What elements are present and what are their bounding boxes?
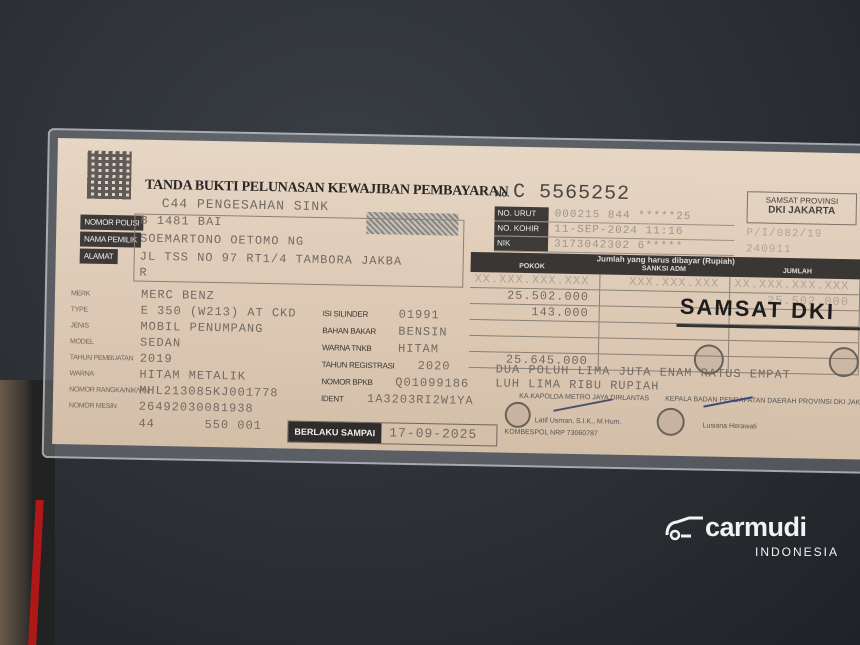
merk-value: MERC BENZ <box>141 288 215 303</box>
validity-label: BERLAKU SAMPAI <box>288 421 381 443</box>
nomor-polisi-value: B 1481 BAI <box>140 214 222 230</box>
warna-tnkb-value: HITAM <box>398 342 439 357</box>
reference-table: NO. URUT 000215 844 *****25 NO. KOHIR 11… <box>494 206 735 256</box>
tax-receipt-document: TANDA BUKTI PELUNASAN KEWAJIBAN PEMBAYAR… <box>52 138 860 460</box>
validity-date: 17-09-2025 <box>381 423 485 445</box>
side-code-2: 240911 <box>746 243 792 256</box>
isi-silinder-value: 01991 <box>399 308 440 323</box>
label-ident: IDENT <box>321 394 344 403</box>
sig2-title: KEPALA BADAN PENDAPATAN DAERAH PROVINSI … <box>665 396 860 407</box>
label-type: TYPE <box>71 306 88 313</box>
nik-value: 3173042302 6***** <box>548 237 683 254</box>
amount-in-words: DUA POLUH LIMA JUTA ENAM RATUS EMPAT LUH… <box>495 362 791 396</box>
label-nomor-rangka: NOMOR RANGKA/NIK/VIN <box>69 386 149 395</box>
col-pokok: POKOK <box>519 263 545 270</box>
label-model: MODEL <box>70 338 94 345</box>
serial-number: C 5565252 <box>513 181 630 206</box>
carmudi-watermark: carmudi INDONESIA <box>665 512 839 559</box>
side-code-1: P/I/082/19 <box>746 227 822 240</box>
type-value: E 350 (W213) AT CKD <box>141 304 297 321</box>
extra-code: 44 <box>138 417 155 431</box>
label-nomor-mesin: NOMOR MESIN <box>69 402 117 410</box>
authority-box: SAMSAT PROVINSI DKI JAKARTA <box>746 191 857 225</box>
tahun-pembuatan-value: 2019 <box>140 352 173 367</box>
sig1-title: KA.KAPOLDA METRO JAYA DIRLANTAS <box>519 393 649 402</box>
sig1-rank: KOMBESPOL NRP 73060787 <box>504 429 598 438</box>
government-seal-icon <box>656 408 685 437</box>
tahun-registrasi-value: 2020 <box>418 359 451 374</box>
label-nama-pemilik: NAMA PEMILIK <box>80 231 141 247</box>
label-jenis: JENIS <box>70 322 88 329</box>
label-isi-silinder: ISI SILINDER <box>323 309 368 319</box>
extra-number: 550 001 <box>204 418 262 433</box>
col-sanksi: SANKSI ADM <box>642 265 686 273</box>
label-warna-tnkb: WARNA TNKB <box>322 343 372 353</box>
car-logo-icon <box>665 515 705 541</box>
serial-label: No. <box>495 188 510 198</box>
label-nomor-bpkb: NOMOR BPKB <box>321 377 372 387</box>
nomor-mesin-value: 26492030081938 <box>139 400 254 416</box>
ident-value: 1A3203RI2W1YA <box>367 392 474 408</box>
label-tahun-pembuatan: TAHUN PEMBUATAN <box>70 354 134 362</box>
label-warna: WARNA <box>69 370 93 377</box>
qr-code-icon <box>87 151 132 200</box>
no-kohir-value: 11-SEP-2024 11:16 <box>548 222 683 239</box>
jenis-value: MOBIL PENUMPANG <box>140 320 263 336</box>
label-tahun-registrasi: TAHUN REGISTRASI <box>322 360 395 370</box>
label-alamat: ALAMAT <box>80 248 118 264</box>
bahan-bakar-value: BENSIN <box>398 325 447 340</box>
brand-name: carmudi <box>705 512 807 543</box>
sig2-name: Lusiana Herawati <box>703 422 757 430</box>
col-jumlah: JUMLAH <box>783 268 812 276</box>
validity-box: BERLAKU SAMPAI 17-09-2025 <box>287 420 497 446</box>
alamat-value-2: R <box>139 266 147 280</box>
no-urut-value: 000215 844 *****25 <box>548 207 691 224</box>
document-subtitle: C44 PENGESAHAN SINK <box>162 196 329 214</box>
police-seal-icon <box>505 402 531 428</box>
brand-region: INDONESIA <box>755 545 839 559</box>
sig1-name: Latif Usman, S.I.K., M.Hum. <box>535 417 622 426</box>
label-merk: MERK <box>71 290 90 297</box>
label-bahan-bakar: BAHAN BAKAR <box>322 326 376 336</box>
nomor-rangka-value: MHL213085KJ001778 <box>139 384 279 401</box>
warna-value: HITAM METALIK <box>139 368 246 384</box>
model-value: SEDAN <box>140 336 181 351</box>
nomor-bpkb-value: Q01099186 <box>395 376 469 391</box>
